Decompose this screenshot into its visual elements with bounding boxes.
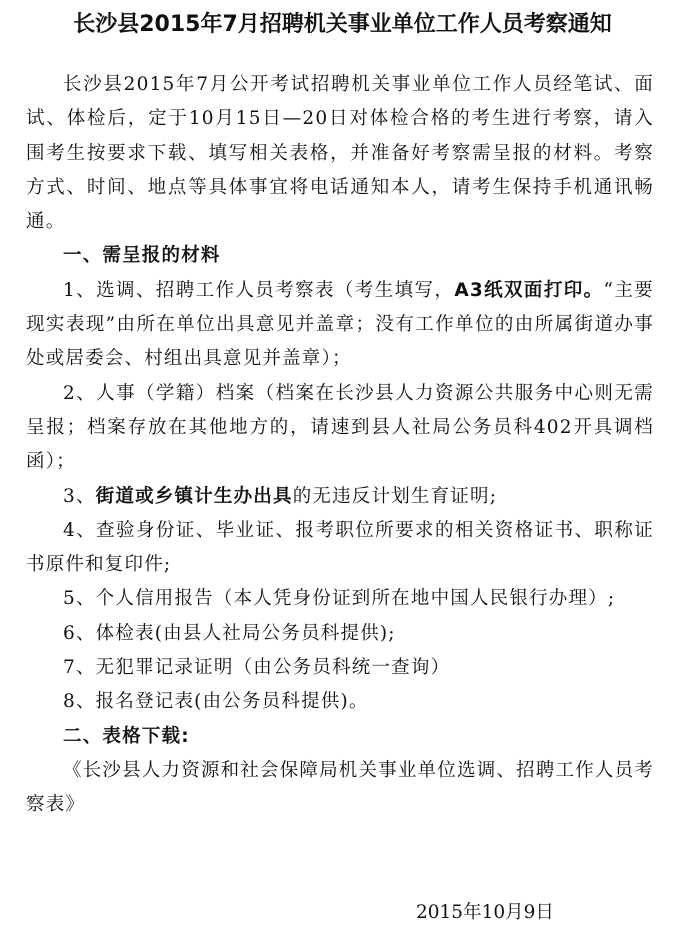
document-title: 长沙县2015年7月招聘机关事业单位工作人员考察通知 [0, 10, 685, 40]
item-text: 3、 [63, 486, 96, 507]
list-item-2: 2、人事（学籍）档案（档案在长沙县人力资源公共服务中心则无需呈报；档案存放在其他… [26, 377, 654, 480]
item-emphasis: A3纸双面打印。 [454, 280, 603, 301]
list-item-5: 5、个人信用报告（本人凭身份证到所在地中国人民银行办理）; [26, 582, 654, 616]
list-item-7: 7、无犯罪记录证明（由公务员科统一查询） [26, 651, 654, 685]
document-body: 长沙县2015年7月公开考试招聘机关事业单位工作人员经笔试、面试、体检后，定于1… [26, 68, 654, 823]
intro-paragraph: 长沙县2015年7月公开考试招聘机关事业单位工作人员经笔试、面试、体检后，定于1… [26, 68, 654, 239]
form-download-link[interactable]: 《长沙县人力资源和社会保障局机关事业单位选调、招聘工作人员考察表》 [26, 754, 654, 823]
list-item-6: 6、体检表(由县人社局公务员科提供); [26, 617, 654, 651]
list-item-3: 3、街道或乡镇计生办出具的无违反计划生育证明; [26, 480, 654, 514]
item-text: 的无违反计划生育证明; [293, 486, 497, 507]
item-emphasis: 街道或乡镇计生办出具 [96, 486, 293, 507]
list-item-8: 8、报名登记表(由公务员科提供)。 [26, 685, 654, 719]
section-heading-materials: 一、需呈报的材料 [26, 239, 654, 273]
list-item-1: 1、选调、招聘工作人员考察表（考生填写，A3纸双面打印。“主要现实表现”由所在单… [26, 274, 654, 377]
list-item-4: 4、查验身份证、毕业证、报考职位所要求的相关资格证书、职称证书原件和复印件; [26, 514, 654, 583]
item-text: 1、选调、招聘工作人员考察表（考生填写， [63, 280, 454, 301]
document-date: 2015年10月9日 [416, 898, 554, 928]
section-heading-download: 二、表格下载: [26, 720, 654, 754]
